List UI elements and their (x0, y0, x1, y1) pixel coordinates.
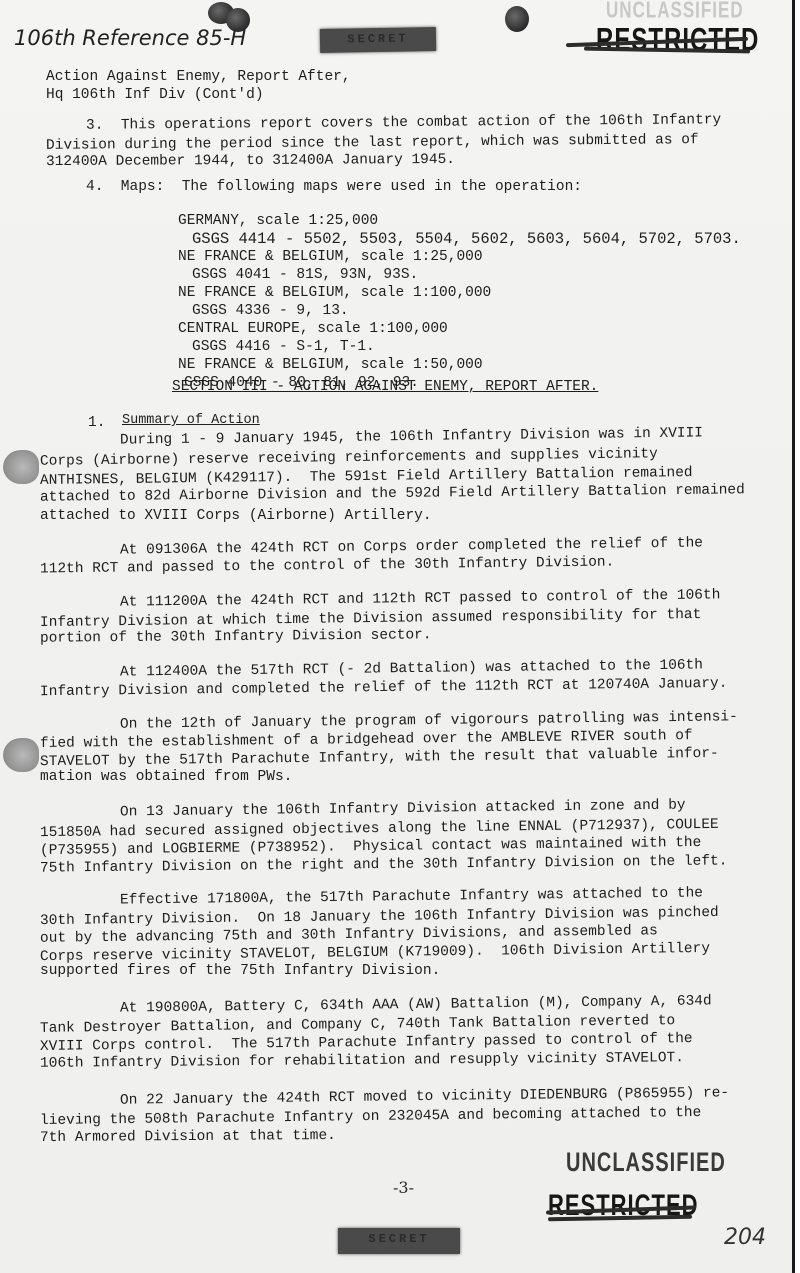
map-region: NE FRANCE & BELGIUM, scale 1:100,000 (178, 284, 491, 302)
summary-number: 1. (88, 414, 105, 432)
map-sheets: GSGS 4416 - S-1, T-1. (192, 338, 375, 356)
map-region: GERMANY, scale 1:25,000 (178, 212, 378, 230)
map-region: CENTRAL EUROPE, scale 1:100,000 (178, 320, 448, 338)
map-sheets: GSGS 4414 - 5502, 5503, 5504, 5602, 5603… (192, 230, 741, 248)
paragraph-4-intro: 4. Maps: The following maps were used in… (86, 178, 582, 196)
section-heading: SECTION III - ACTION AGAINST ENEMY, REPO… (172, 378, 598, 396)
redacted-classification-top: SECRET (320, 27, 436, 53)
doc-title-line: Action Against Enemy, Report After, (46, 68, 351, 86)
summary-p1-line: attached to XVIII Corps (Airborne) Artil… (40, 507, 432, 525)
summary-p3-line: portion of the 30th Infantry Division se… (40, 626, 432, 647)
redacted-text: SECRET (338, 1228, 460, 1250)
summary-p7-line: supported fires of the 75th Infantry Div… (40, 962, 440, 980)
reference-label: 106th Reference 85-H (14, 26, 246, 50)
scan-edge (792, 0, 800, 1273)
summary-p5-line: mation was obtained from PWs. (40, 768, 292, 786)
unclassified-stamp-faint: UNCLASSIFIED (606, 0, 744, 24)
page-number: -3- (393, 1178, 414, 1197)
map-region: NE FRANCE & BELGIUM, scale 1:50,000 (178, 356, 483, 374)
summary-p9-line: 7th Armored Division at that time. (40, 1127, 336, 1147)
map-region: NE FRANCE & BELGIUM, scale 1:25,000 (178, 248, 483, 266)
binding-blot (3, 450, 39, 484)
binding-blot (3, 738, 39, 772)
unclassified-stamp-bottom: UNCLASSIFIED (566, 1148, 726, 1179)
document-page: 106th Reference 85-H SECRET UNCLASSIFIED… (0, 0, 792, 1273)
handwritten-page-number: 204 (724, 1225, 766, 1250)
doc-title-line: Hq 106th Inf Div (Cont'd) (46, 86, 264, 104)
map-sheets: GSGS 4336 - 9, 13. (192, 302, 349, 320)
summary-title: Summary of Action (122, 412, 260, 430)
redacted-text: SECRET (320, 27, 436, 51)
map-sheets: GSGS 4041 - 81S, 93N, 93S. (192, 266, 418, 284)
punch-hole (505, 6, 529, 32)
paragraph-3-line: 312400A December 1944, to 312400A Januar… (46, 151, 455, 171)
redacted-classification-bottom: SECRET (338, 1228, 460, 1254)
